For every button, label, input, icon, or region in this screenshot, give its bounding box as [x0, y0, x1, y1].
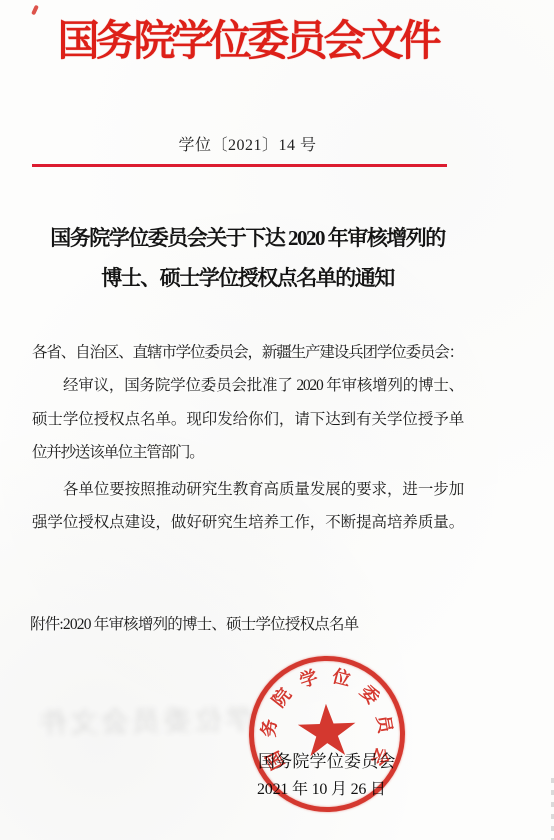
body-line: 经审议，国务院学位委员会批准了 2020 年审核增列的博士、 [32, 369, 463, 402]
body-salutation-line: 各省、自治区、直辖市学位委员会，新疆生产建设兵团学位委员会： [32, 336, 463, 369]
seal-arc-char: 员 [371, 711, 396, 736]
document-number: 学位〔2021〕14 号 [32, 132, 463, 155]
body-line: 位并抄送该单位主管部门。 [32, 436, 463, 469]
scanned-document-page: 国务院学位委员会文件 学位〔2021〕14 号 国务院学位委员会关于下达 202… [0, 0, 554, 840]
body-line: 硕士学位授权点名单。现印发给你们，请下达到有关学位授予单 [32, 403, 463, 436]
notice-title-line-1: 国务院学位委员会关于下达 2020 年审核增列的 [32, 218, 463, 258]
red-corner-mark [31, 5, 39, 16]
bleed-through-smudge: 学位委员会文件 [27, 698, 253, 762]
body-line: 各单位要按照推动研究生教育高质量发展的要求，进一步加 [32, 473, 463, 506]
attachment-note: 附件:2020 年审核增列的博士、硕士学位授权点名单 [30, 613, 470, 637]
seal-arc-char: 务 [257, 716, 281, 740]
body-line: 强学位授权点建设，做好研究生培养工作，不断提高培养质量。 [32, 506, 463, 539]
notice-title: 国务院学位委员会关于下达 2020 年审核增列的 博士、硕士学位授权点名单的通知 [32, 218, 463, 298]
letterhead-title: 国务院学位委员会文件 [32, 19, 463, 65]
notice-title-line-2: 博士、硕士学位授权点名单的通知 [32, 258, 463, 298]
notice-body: 各省、自治区、直辖市学位委员会，新疆生产建设兵团学位委员会： 经审议，国务院学位… [32, 336, 463, 539]
letterhead-divider-rule [32, 164, 447, 167]
official-seal: 国 务 院 学 位 委 员 会 [246, 653, 407, 814]
